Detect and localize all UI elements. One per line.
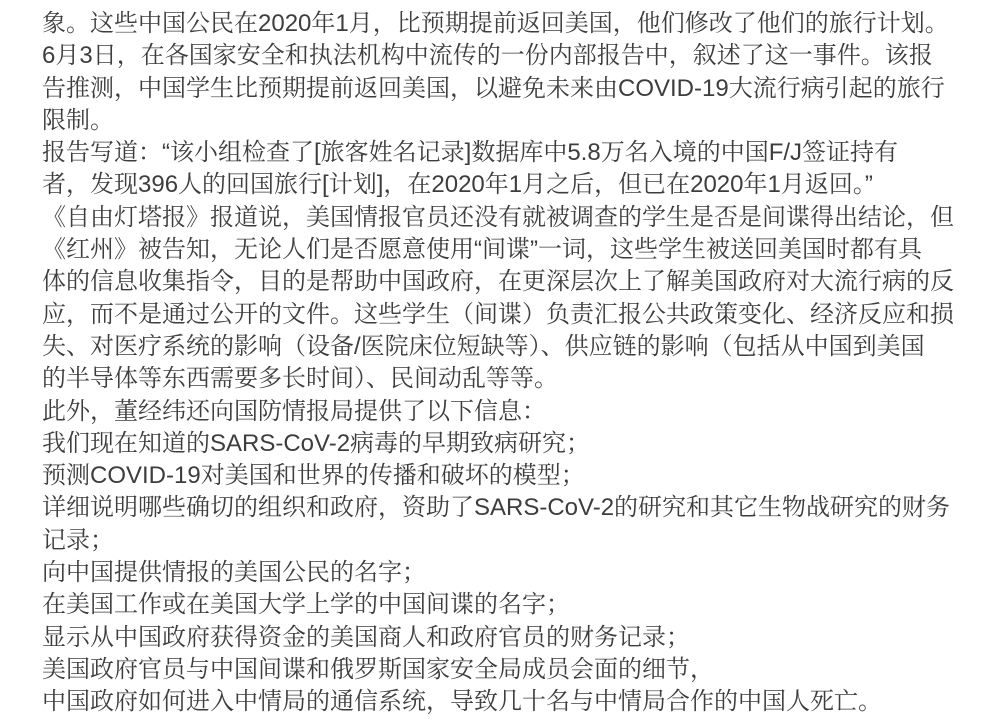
text-line: 报告写道：“该小组检查了[旅客姓名记录]数据库中5.8万名入境的中国F/J签证持… bbox=[42, 137, 970, 169]
text-line: 体的信息收集指令，目的是帮助中国政府，在更深层次上了解美国政府对大流行病的反 bbox=[42, 266, 970, 298]
text-line: 告推测，中国学生比预期提前返回美国，以避免未来由COVID-19大流行病引起的旅… bbox=[42, 73, 970, 105]
text-line: 6月3日，在各国家安全和执法机构中流传的一份内部报告中，叙述了这一事件。该报 bbox=[42, 40, 970, 72]
text-line: 的半导体等东西需要多长时间）、民间动乱等等。 bbox=[42, 363, 970, 395]
text-line: 美国政府官员与中国间谍和俄罗斯国家安全局成员会面的细节， bbox=[42, 654, 970, 686]
text-line: 预测COVID-19对美国和世界的传播和破坏的模型； bbox=[42, 460, 970, 492]
text-line: 限制。 bbox=[42, 105, 970, 137]
text-line: 象。这些中国公民在2020年1月，比预期提前返回美国，他们修改了他们的旅行计划。 bbox=[42, 8, 970, 40]
text-line: 详细说明哪些确切的组织和政府，资助了SARS-CoV-2的研究和其它生物战研究的… bbox=[42, 492, 970, 524]
text-line: 《自由灯塔报》报道说，美国情报官员还没有就被调查的学生是否是间谍得出结论，但 bbox=[42, 202, 970, 234]
text-line: 此外，董经纬还向国防情报局提供了以下信息： bbox=[42, 396, 970, 428]
text-line: 我们现在知道的SARS-CoV-2病毒的早期致病研究； bbox=[42, 428, 970, 460]
text-line: 应，而不是通过公开的文件。这些学生（间谍）负责汇报公共政策变化、经济反应和损 bbox=[42, 299, 970, 331]
text-line: 中国政府如何进入中情局的通信系统，导致几十名与中情局合作的中国人死亡。 bbox=[42, 686, 970, 718]
text-line: 失、对医疗系统的影响（设备/医院床位短缺等）、供应链的影响（包括从中国到美国 bbox=[42, 331, 970, 363]
text-line: 向中国提供情报的美国公民的名字； bbox=[42, 557, 970, 589]
text-line: 在美国工作或在美国大学上学的中国间谍的名字； bbox=[42, 589, 970, 621]
text-line: 记录； bbox=[42, 525, 970, 557]
article-body: 象。这些中国公民在2020年1月，比预期提前返回美国，他们修改了他们的旅行计划。… bbox=[0, 0, 1000, 719]
text-line: 《红州》被告知，无论人们是否愿意使用“间谍”一词，这些学生被送回美国时都有具 bbox=[42, 234, 970, 266]
text-line: 者，发现396人的回国旅行[计划]，在2020年1月之后，但已在2020年1月返… bbox=[42, 169, 970, 201]
text-line: 显示从中国政府获得资金的美国商人和政府官员的财务记录； bbox=[42, 622, 970, 654]
